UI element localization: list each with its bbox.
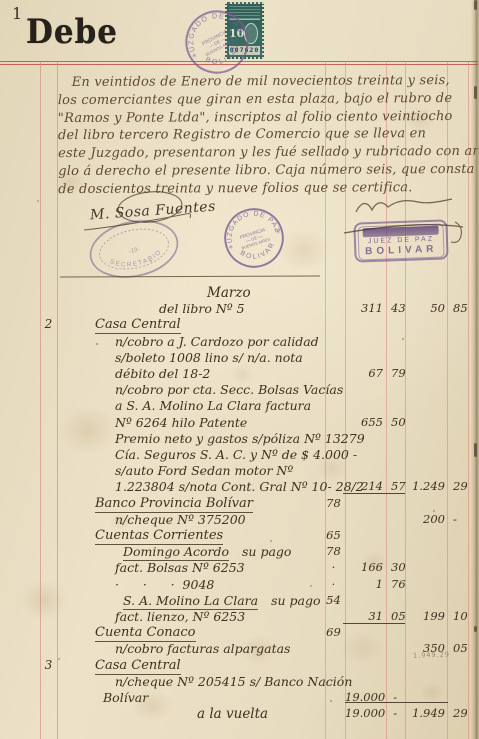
amount-col2: 200- xyxy=(405,512,467,526)
amount-pesos: 50 xyxy=(405,301,445,315)
entry-description: Cuentas Corrientes xyxy=(57,528,365,543)
entry-text: n/cheque Nº 205415 s/ Banco Nación xyxy=(115,674,352,689)
entry-description: n/cobro a J. Cardozo por calidad xyxy=(57,334,385,349)
entry-description: Cía. Seguros S. A. C. y Nº de $ 4.000 - xyxy=(57,447,385,462)
amount-col2: 5085 xyxy=(405,301,467,315)
amount-pesos: 199 xyxy=(405,609,445,623)
amount-col2: 1.94929 xyxy=(405,706,467,720)
svg-text:-19-: -19- xyxy=(129,247,141,255)
entry-description: s/auto Ford Sedan motor Nº xyxy=(57,463,385,478)
ledger-row: S. A. Molino La Clarasu pago54 xyxy=(0,593,479,610)
entry-description: Cuenta Conaco xyxy=(57,625,365,640)
entry-text: 1.223804 s/nota Cont. Gral Nº 10- 28/2 xyxy=(115,479,364,494)
entry-description: Banco Provincia Bolívar xyxy=(57,496,365,511)
amount-col1: 21457 xyxy=(345,479,403,493)
ledger-row: n/cheque Nº 375200200- xyxy=(0,512,479,529)
amount-col1: 31143 xyxy=(345,301,403,315)
folio-number: 54 xyxy=(322,593,345,607)
entry-text: · · · 9048 xyxy=(115,577,214,592)
amount-cents: 79 xyxy=(391,366,406,380)
ledger-row: n/cobro facturas alpargatas350051.949.29 xyxy=(0,641,479,658)
entry-description: a S. A. Molino La Clara factura xyxy=(57,398,385,413)
total-rule xyxy=(345,702,448,703)
amount-cents: - xyxy=(453,512,457,526)
entry-description: Casa Central xyxy=(57,317,365,332)
amount-pesos: 19.000 xyxy=(345,706,385,720)
amount-cents: 29 xyxy=(453,706,468,720)
ledger-row: del libro Nº 5311435085 xyxy=(0,301,479,318)
ledger-row: fact. lienzo, Nº 6253310519910 xyxy=(0,609,479,626)
entry-text: s/boleto 1008 lino s/ n/a. nota xyxy=(115,350,303,365)
entry-text: Marzo xyxy=(207,285,251,301)
amount-cents: 05 xyxy=(391,609,406,623)
entry-description: Premio neto y gastos s/póliza Nº 13279 xyxy=(57,431,385,446)
judge-stamp: JUEZ DE PAZ BOLIVAR xyxy=(353,219,448,262)
folio-number: · xyxy=(322,577,345,591)
certification-line: glo á derecho el presente libro. Caja nú… xyxy=(58,162,472,182)
ledger-row: 1.223804 s/nota Cont. Gral Nº 10- 28/221… xyxy=(0,479,479,496)
judge-stamp-city: BOLIVAR xyxy=(359,244,443,258)
ledger-row: n/cobro por cta. Secc. Bolsas Vacías xyxy=(0,382,479,399)
amount-pesos: 655 xyxy=(345,415,383,429)
amount-pesos: 311 xyxy=(345,301,383,315)
amount-col1: 176 xyxy=(345,577,403,591)
ledger-row: Cía. Seguros S. A. C. y Nº de $ 4.000 - xyxy=(0,447,479,464)
entry-text: Nº 6264 hilo Patente xyxy=(115,415,247,430)
amount-cents: 29 xyxy=(453,479,468,493)
ledger-row: 2Casa Central xyxy=(0,317,479,334)
entry-description: n/cobro facturas alpargatas xyxy=(57,641,385,656)
entry-description: Marzo xyxy=(57,285,477,301)
entry-text: fact. lienzo, Nº 6253 xyxy=(115,609,245,624)
amount-cents: 05 xyxy=(453,641,468,655)
certification-line: "Ramos y Ponte Ltda", inscriptos al foli… xyxy=(58,109,472,129)
folio-number: 69 xyxy=(322,625,345,639)
amount-cents: - xyxy=(393,706,397,720)
amount-col2: 1.24929 xyxy=(405,479,467,493)
entry-text: Casa Central xyxy=(95,658,181,675)
ledger-row: Domingo Acordosu pago78 xyxy=(0,544,479,561)
amount-col1: 6779 xyxy=(345,366,403,380)
entry-text: Bolívar xyxy=(103,690,148,705)
certification-line: En veintidos de Enero de mil novecientos… xyxy=(58,73,472,93)
entry-text: n/cheque Nº 375200 xyxy=(115,512,246,527)
total-rule xyxy=(343,493,405,494)
amount-cents: 85 xyxy=(453,301,468,315)
entry-description: fact. lienzo, Nº 6253 xyxy=(57,609,385,624)
amount-cents: 30 xyxy=(391,560,406,574)
entry-description: s/boleto 1008 lino s/ n/a. nota xyxy=(57,350,385,365)
entry-day: 3 xyxy=(41,658,56,672)
entry-description: n/cobro por cta. Secc. Bolsas Vacías xyxy=(57,382,385,397)
star-icon: ✳ xyxy=(228,243,235,251)
ledger-row: Premio neto y gastos s/póliza Nº 13279 xyxy=(0,431,479,448)
entry-text: su pago xyxy=(271,593,320,608)
certification-line: los comerciantes que giran en esta plaza… xyxy=(58,91,472,111)
entry-text: n/cobro por cta. Secc. Bolsas Vacías xyxy=(115,382,343,397)
certification-line: del libro tercero Registro de Comercio q… xyxy=(58,126,472,146)
entry-text: su pago xyxy=(242,544,291,559)
ledger-row: · · · 9048·176 xyxy=(0,577,479,594)
ledger-row: s/boleto 1008 lino s/ n/a. nota xyxy=(0,350,479,367)
entry-description: débito del 18-2 xyxy=(57,366,385,381)
entry-text: s/auto Ford Sedan motor Nº xyxy=(115,463,293,478)
amount-pesos: 1.249 xyxy=(405,479,445,493)
account-name: Domingo Acordo xyxy=(123,544,229,561)
amount-pesos: 67 xyxy=(345,366,383,380)
amount-pesos: 166 xyxy=(345,560,383,574)
entry-text: Banco Provincia Bolívar xyxy=(95,496,253,513)
entry-description: n/cheque Nº 205415 s/ Banco Nación xyxy=(57,674,385,689)
ledger-row: Nº 6264 hilo Patente65550 xyxy=(0,415,479,432)
ledger-row: a la vuelta19.000-1.94929 xyxy=(0,706,479,723)
page-number: 1 xyxy=(12,4,22,23)
ledger-row: débito del 18-26779 xyxy=(0,366,479,383)
entry-text: n/cobro facturas alpargatas xyxy=(115,641,290,656)
ledger-row: Cuenta Conaco69 xyxy=(0,625,479,642)
ledger-row: Marzo xyxy=(0,285,479,302)
entry-description: n/cheque Nº 375200 xyxy=(57,512,385,527)
ledger-row: Bolívar19.000- xyxy=(0,690,479,707)
folio-number: 65 xyxy=(322,528,345,542)
account-name: S. A. Molino La Clara xyxy=(123,593,258,610)
amount-cents: 50 xyxy=(391,415,406,429)
court-stamp: JUZGADO DE PAZ BOLIVAR PROVINCIA — DE — … xyxy=(214,198,295,279)
entry-text: Cuentas Corrientes xyxy=(95,528,223,545)
amount-col1: 65550 xyxy=(345,415,403,429)
edge-mark xyxy=(474,86,477,99)
amount-pesos: 1 xyxy=(345,577,383,591)
certification-paragraph: En veintidos de Enero de mil novecientos… xyxy=(58,73,473,200)
ledger-row: n/cheque Nº 205415 s/ Banco Nación xyxy=(0,674,479,691)
amount-pesos: 1.949 xyxy=(405,706,445,720)
entry-text: Cía. Seguros S. A. C. y Nº de $ 4.000 - xyxy=(115,447,357,462)
ledger-row: Banco Provincia Bolívar78 xyxy=(0,496,479,513)
entry-description: 1.223804 s/nota Cont. Gral Nº 10- 28/2 xyxy=(57,479,385,494)
ledger-page: 1 Debe 10 007620 JUZGADO DE PAZ BOLIVAR … xyxy=(0,0,479,739)
ledger-row: n/cobro a J. Cardozo por calidad xyxy=(0,334,479,351)
folio-number: 78 xyxy=(322,496,345,510)
entry-text: Cuenta Conaco xyxy=(95,625,196,642)
total-rule xyxy=(343,623,405,624)
ledger-row: a S. A. Molino La Clara factura xyxy=(0,398,479,415)
amount-pesos: 214 xyxy=(345,479,383,493)
amount-pesos: 31 xyxy=(345,609,383,623)
entry-description: Casa Central xyxy=(57,658,365,673)
closing-rule xyxy=(60,276,320,278)
ledger-row: fact. Bolsas Nº 6253·16630 xyxy=(0,560,479,577)
entry-description: Bolívar xyxy=(57,690,373,705)
entry-description: Nº 6264 hilo Patente xyxy=(57,415,385,430)
ledger-row: s/auto Ford Sedan motor Nº xyxy=(0,463,479,480)
amount-col1: 3105 xyxy=(345,609,403,623)
amount-cents: 10 xyxy=(453,609,468,623)
ledger-row: Cuentas Corrientes65 xyxy=(0,528,479,545)
amount-col1: 16630 xyxy=(345,560,403,574)
amount-cents: 57 xyxy=(391,479,406,493)
amount-col2: 19910 xyxy=(405,609,467,623)
amount-cents: 43 xyxy=(391,301,406,315)
entry-text: a la vuelta xyxy=(197,706,268,722)
certification-line: de doscientos treinta y nueve folios que… xyxy=(58,180,472,200)
ledger-row: 3Casa Central xyxy=(0,658,479,675)
entry-day: 2 xyxy=(41,317,56,331)
entry-text: Casa Central xyxy=(95,317,181,334)
page-title: Debe xyxy=(26,13,118,52)
folio-number: 78 xyxy=(322,544,345,558)
entry-text: Premio neto y gastos s/póliza Nº 13279 xyxy=(115,431,365,446)
entry-text: n/cobro a J. Cardozo por calidad xyxy=(115,334,319,349)
entry-text: a S. A. Molino La Clara factura xyxy=(115,398,311,413)
edge-mark xyxy=(474,443,477,457)
certification-line: este Juzgado, presentaron y les fué sell… xyxy=(58,144,472,164)
amount-pesos: 200 xyxy=(405,512,445,526)
entry-text: del libro Nº 5 xyxy=(159,301,245,316)
entry-text: fact. Bolsas Nº 6253 xyxy=(115,560,245,575)
folio-number: · xyxy=(322,560,345,574)
entry-text: débito del 18-2 xyxy=(115,366,210,381)
edge-mark xyxy=(474,0,477,10)
edge-mark xyxy=(474,626,477,632)
amount-col1: 19.000- xyxy=(345,706,403,720)
amount-cents: 76 xyxy=(391,577,406,591)
